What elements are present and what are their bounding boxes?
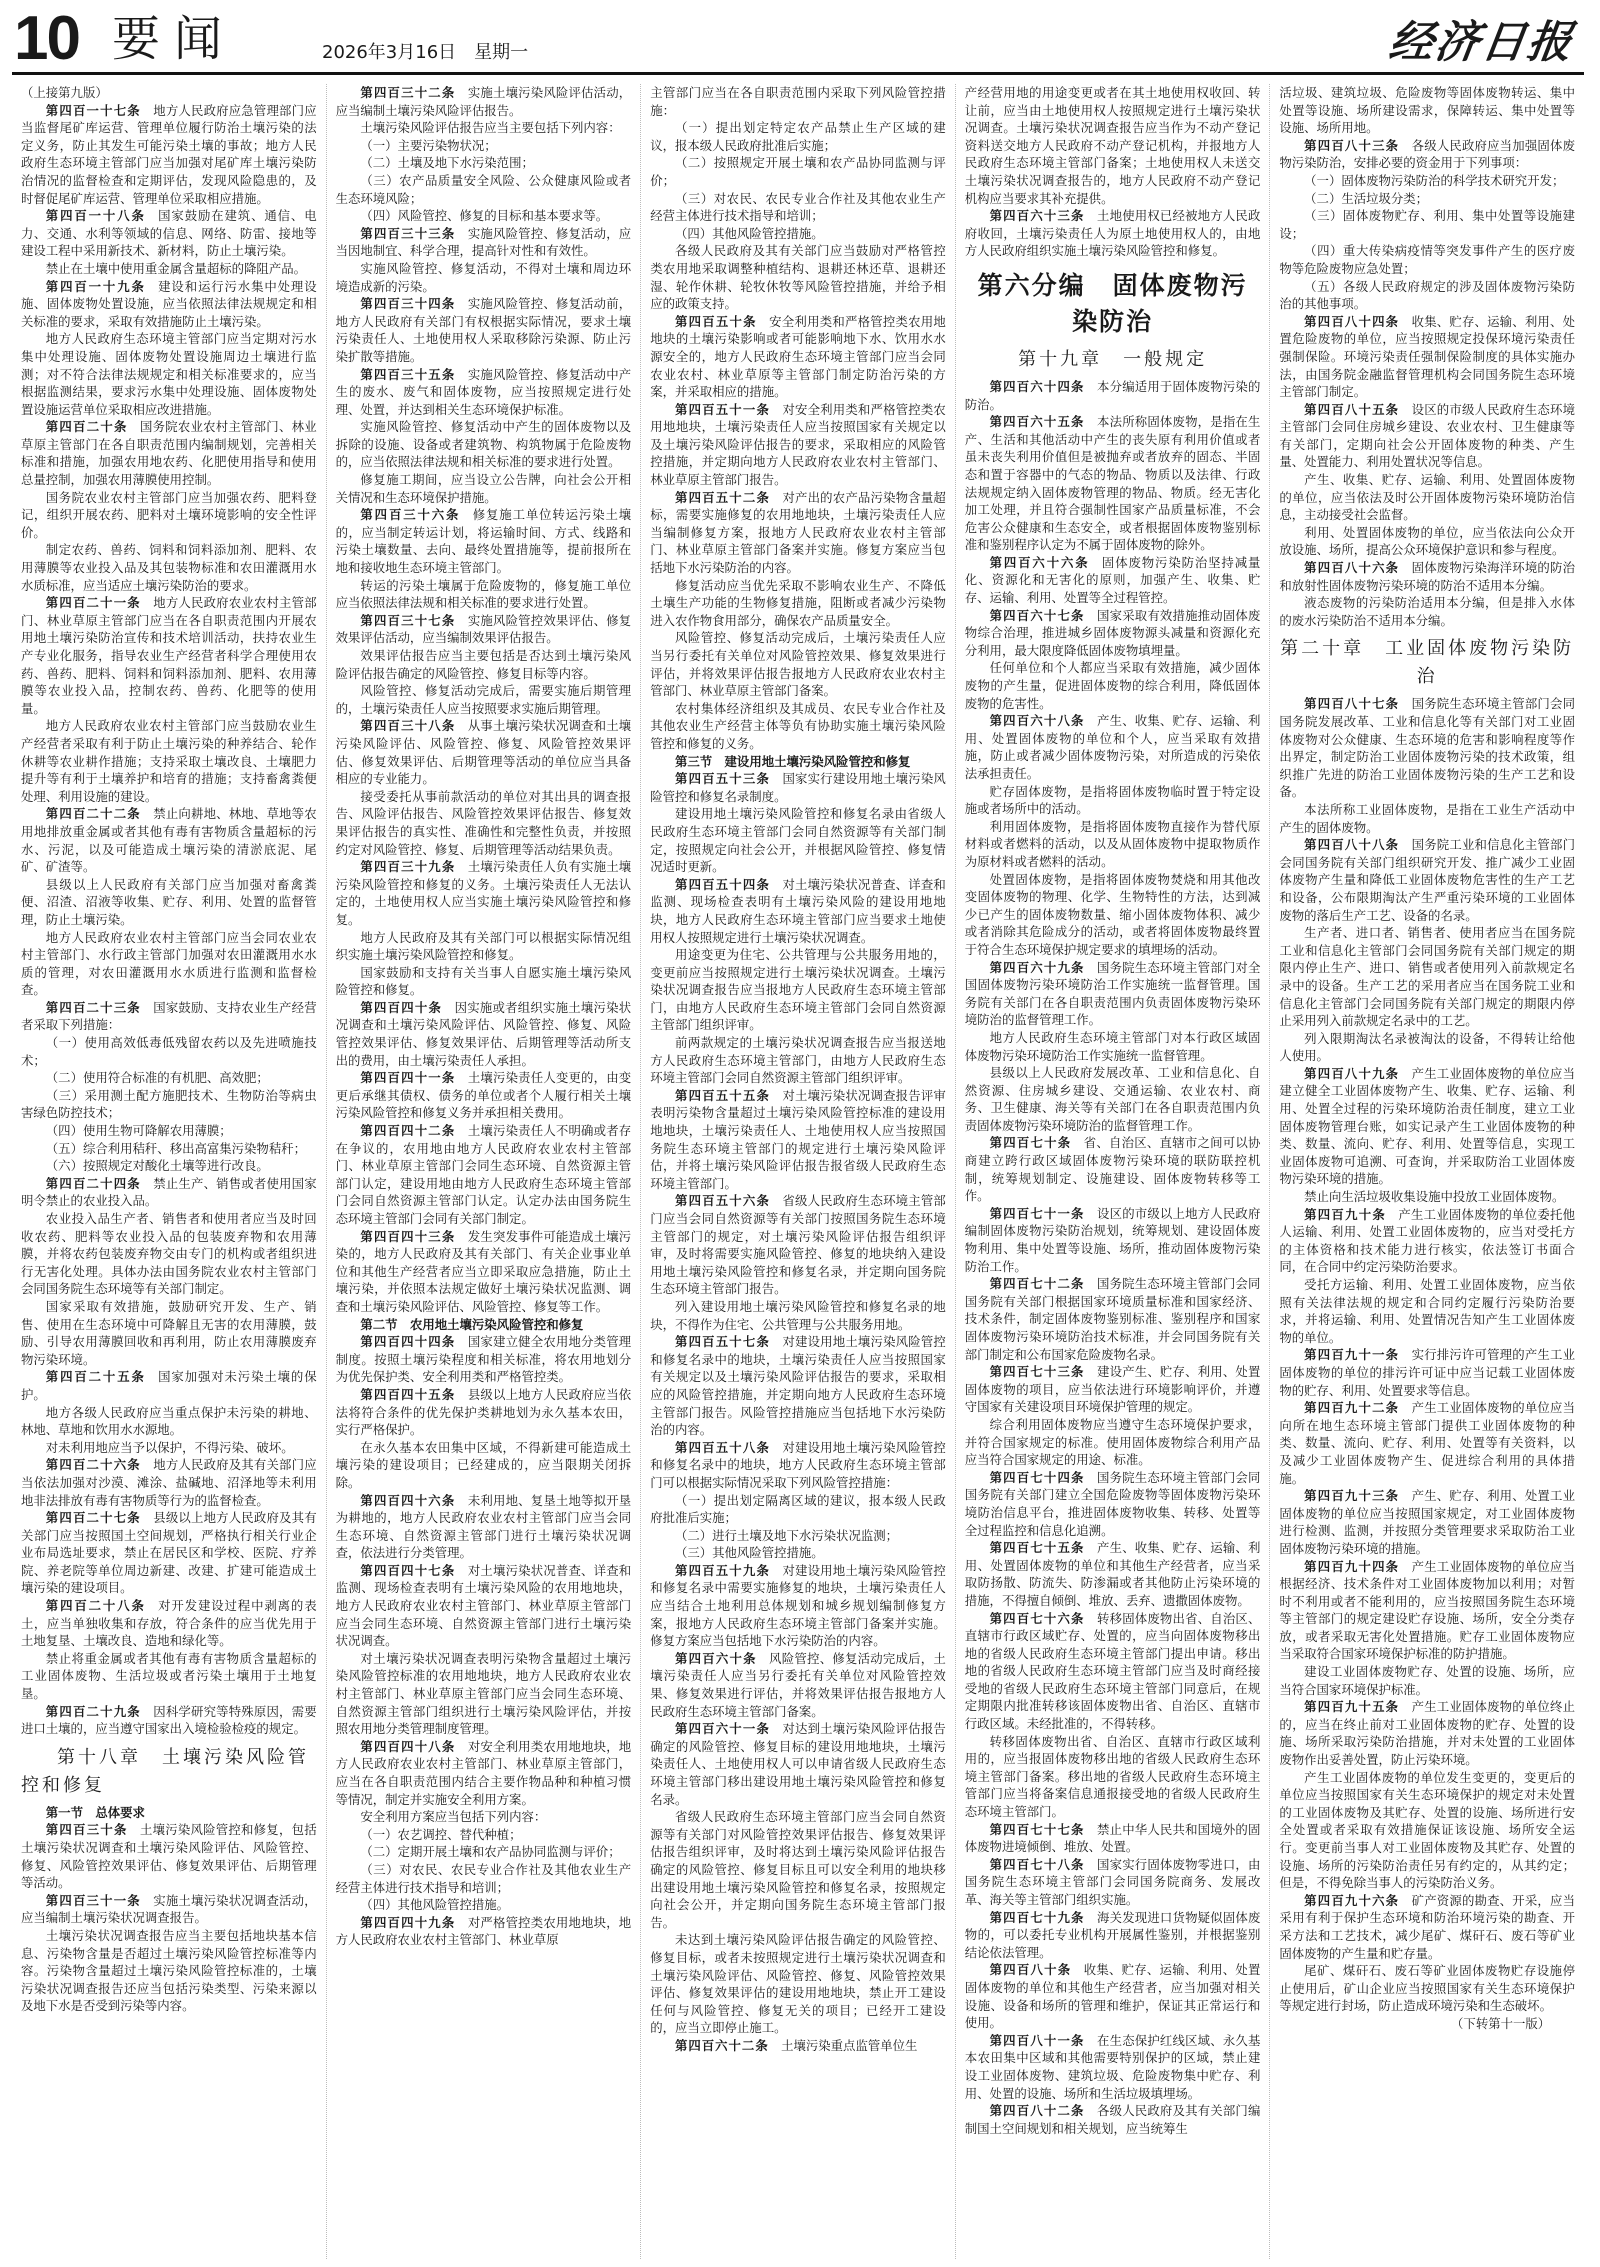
article-paragraph: 第四百二十二条禁止向耕地、林地、草地等农用地排放重金属或者其他有毒有害物质含量超… [21,805,317,875]
article-paragraph: 第四百五十四条对土壤污染状况普查、详查和监测、现场检查表明有土壤污染风险的建设用… [650,876,946,946]
paragraph: 产生工业固体废物的单位发生变更的，变更后的单位应当按照国家有关生态环境保护的规定… [1279,1769,1575,1892]
paragraph: 液态废物的污染防治适用本分编，但是排入水体的废水污染防治不适用本分编。 [1279,594,1575,629]
article-number: 第四百四十七条 [360,1563,455,1578]
article-paragraph: 第四百九十四条产生工业固体废物的单位应当根据经济、技术条件对工业固体废物加以利用… [1279,1558,1575,1664]
article-paragraph: 第四百八十七条国务院生态环境主管部门会同国务院发展改革、工业和信息化等有关部门对… [1279,695,1575,801]
article-number: 第四百二十条 [46,419,128,434]
article-paragraph: 第四百九十六条矿产资源的勘查、开采，应当采用有利于保护生态环境和防治环境污染的勘… [1279,1892,1575,1962]
article-text: 本法所称固体废物，是指在生产、生活和其他活动中产生的丧失原有利用价值或者虽未丧失… [965,414,1261,552]
paragraph: （三）对农民、农民专业合作社及其他农业生产经营主体进行技术指导和培训； [650,190,946,225]
paragraph: （一）使用高效低毒低残留农药以及先进喷施技术； [21,1034,317,1069]
paragraph: 贮存固体废物，是指将固体废物临时置于特定设施或者场所中的活动。 [965,783,1261,818]
article-number: 第四百六十一条 [675,1721,770,1736]
article-text: 地方人民政府应急管理部门应当监督尾矿库运营、管理单位履行防治土壤污染的法定义务，… [21,103,317,206]
article-number: 第四百六十二条 [675,2038,769,2053]
article-number: 第四百五十九条 [675,1563,770,1578]
paragraph: 对土壤污染状况调查表明污染物含量超过土壤污染风险管控标准的农用地地块，地方人民政… [336,1650,632,1738]
article-number: 第四百六十九条 [990,960,1085,975]
article-paragraph: 第四百五十三条国家实行建设用地土壤污染风险管控和修复名录制度。 [650,770,946,805]
article-paragraph: 第四百三十五条实施风险管控、修复活动中产生的废水、废气和固体废物，应当按照规定进… [336,366,632,419]
article-paragraph: 第四百七十八条国家实行固体废物零进口，由国务院生态环境主管部门会同国务院商务、发… [965,1856,1261,1909]
article-number: 第四百七十二条 [990,1276,1085,1291]
article-paragraph: 第四百六十八条产生、收集、贮存、运输、利用、处置固体废物的单位和个人，应当采取有… [965,712,1261,782]
article-paragraph: 第四百二十一条地方人民政府农业农村主管部门、林业草原主管部门应当在各自职责范围内… [21,594,317,717]
article-text: 省级人民政府生态环境主管部门应当会同自然资源等有关部门按照国务院生态环境主管部门… [650,1193,946,1296]
paragraph: （四）重大传染病疫情等突发事件产生的医疗废物等危险废物应急处置； [1279,242,1575,277]
article-number: 第四百六十四条 [990,379,1085,394]
article-number: 第四百七十七条 [990,1822,1085,1837]
article-text: 对土壤污染状况调查报告评审表明污染物含量超过土壤污染风险管控标准的建设用地地块，… [650,1088,946,1191]
paragraph: 主管部门应当在各自职责范围内采取下列风险管控措施： [650,84,946,119]
article-number: 第四百九十六条 [1304,1893,1399,1908]
paragraph: 前两款规定的土壤污染状况调查报告应当报送地方人民政府生态环境主管部门，由地方人民… [650,1034,946,1087]
paragraph: 各级人民政府及其有关部门应当鼓励对严格管控类农用地采取调整种植结构、退耕还林还草… [650,242,946,312]
paragraph: 活垃圾、建筑垃圾、危险废物等固体废物转运、集中处置等设施、场所建设需求，保障转运… [1279,84,1575,137]
article-paragraph: 第四百六十五条本法所称固体废物，是指在生产、生活和其他活动中产生的丧失原有利用价… [965,413,1261,554]
article-paragraph: 第四百七十七条禁止中华人民共和国境外的固体废物进境倾倒、堆放、处置。 [965,1821,1261,1856]
article-paragraph: 第四百三十一条实施土壤污染状况调查活动，应当编制土壤污染状况调查报告。 [21,1892,317,1927]
paragraph: （四）使用生物可降解农用薄膜； [21,1122,317,1140]
article-paragraph: 第四百九十二条产生工业固体废物的单位应当向所在地生态环境主管部门提供工业固体废物… [1279,1399,1575,1487]
article-number: 第四百二十三条 [46,1000,141,1015]
paragraph: 综合利用固体废物应当遵守生态环境保护要求，并符合国家规定的标准。使用固体废物综合… [965,1416,1261,1469]
article-paragraph: 第四百六十四条本分编适用于固体废物污染的防治。 [965,378,1261,413]
article-number: 第四百九十五条 [1304,1699,1399,1714]
article-number: 第四百四十二条 [360,1123,455,1138]
article-number: 第四百八十八条 [1304,837,1399,852]
paragraph: （四）其他风险管控措施。 [650,225,946,243]
article-text: 产生工业固体废物的单位应当建立健全工业固体废物产生、收集、贮存、运输、利用、处置… [1279,1066,1575,1187]
article-number: 第四百三十七条 [360,613,455,628]
paragraph: 地方人民政府生态环境主管部门对本行政区域固体废物污染环境防治工作实施统一监督管理… [965,1029,1261,1064]
paragraph: （三）其他风险管控措施。 [650,1544,946,1562]
paragraph: 尾矿、煤矸石、废石等矿业固体废物贮存设施停止使用后，矿山企业应当按照国家有关生态… [1279,1962,1575,2015]
article-paragraph: 第四百四十七条对土壤污染状况普查、详查和监测、现场检查表明有土壤污染风险的农用地… [336,1562,632,1650]
article-paragraph: 第四百八十一条在生态保护红线区域、永久基本农田集中区域和其他需要特别保护的区域，… [965,2032,1261,2102]
article-number: 第四百二十五条 [46,1369,146,1384]
article-number: 第四百五十六条 [675,1193,770,1208]
article-number: 第四百七十四条 [990,1470,1085,1485]
article-paragraph: 第四百二十三条国家鼓励、支持农业生产经营者采取下列措施： [21,999,317,1034]
article-number: 第四百三十二条 [360,85,455,100]
article-paragraph: 第四百六十六条固体废物污染防治坚持减量化、资源化和无害化的原则，加强产生、收集、… [965,554,1261,607]
paragraph: 地方人民政府及其有关部门可以根据实际情况组织实施土壤污染风险管控和修复。 [336,929,632,964]
paragraph: 省级人民政府生态环境主管部门应当会同自然资源等有关部门对风险管控效果评估报告、修… [650,1808,946,1931]
article-paragraph: 第四百八十六条固体废物污染海洋环境的防治和放射性固体废物污染环境的防治不适用本分… [1279,559,1575,594]
paragraph: （四）风险管控、修复的目标和基本要求等。 [336,207,632,225]
column-3: 主管部门应当在各自职责范围内采取下列风险管控措施：（一）提出划定特定农产品禁止生… [641,84,956,2259]
article-paragraph: 第四百七十条省、自治区、直辖市之间可以协商建立跨行政区域固体废物污染环境的联防联… [965,1134,1261,1204]
section-heading: 第三节 建设用地土壤污染风险管控和修复 [650,753,946,771]
article-paragraph: 第四百八十五条设区的市级人民政府生态环境主管部门会同住房城乡建设、农业农村、卫生… [1279,401,1575,471]
paragraph: 国家鼓励和支持有关当事人自愿实施土壤污染风险管控和修复。 [336,964,632,999]
article-number: 第四百五十一条 [675,402,770,417]
article-number: 第四百七十一条 [990,1206,1085,1221]
paragraph: 国家采取有效措施，鼓励研究开发、生产、销售、使用在生态环境中可降解且无害的农用薄… [21,1298,317,1368]
paragraph: 效果评估报告应当主要包括是否达到土壤污染风险评估报告确定的风险管控、修复目标等内… [336,647,632,682]
article-number: 第四百九十三条 [1304,1488,1399,1503]
article-number: 第四百一十八条 [46,208,146,223]
page-number: 10 [14,6,79,72]
paragraph: 风险管控、修复活动完成后，土壤污染责任人应当另行委托有关单位对风险管控效果、修复… [650,629,946,699]
paragraph: 用途变更为住宅、公共管理与公共服务用地的，变更前应当按照规定进行土壤污染状况调查… [650,946,946,1034]
article-number: 第四百三十条 [46,1822,128,1837]
article-number: 第四百三十五条 [360,367,455,382]
paragraph: 实施风险管控、修复活动中产生的固体废物以及拆除的设施、设备或者建筑物、构筑物属于… [336,418,632,471]
article-number: 第四百九十四条 [1304,1559,1399,1574]
article-paragraph: 第四百七十二条国务院生态环境主管部门会同国务院有关部门根据国家环境质量标准和国家… [965,1275,1261,1363]
continued-from-note: （上接第九版） [21,84,317,102]
article-paragraph: 第四百四十四条国家建立健全农用地分类管理制度。按照土壤污染程度和相关标准，将农用… [336,1333,632,1386]
column-2: 第四百三十二条实施土壤污染风险评估活动，应当编制土壤污染风险评估报告。土壤污染风… [327,84,642,2259]
column-1: （上接第九版）第四百一十七条地方人民政府应急管理部门应当监督尾矿库运营、管理单位… [12,84,327,2259]
article-paragraph: 第四百八十二条各级人民政府及其有关部门编制国土空间规划和相关规划，应当统筹生 [965,2102,1261,2137]
article-paragraph: 第四百二十条国务院农业农村主管部门、林业草原主管部门在各自职责范围内编制规划，完… [21,418,317,488]
article-number: 第四百三十一条 [46,1893,141,1908]
article-paragraph: 第四百一十七条地方人民政府应急管理部门应当监督尾矿库运营、管理单位履行防治土壤污… [21,102,317,208]
paragraph: 地方人民政府农业农村主管部门应当鼓励农业生产经营者采取有利于防止土壤污染的种养结… [21,717,317,805]
paragraph: 利用、处置固体废物的单位，应当依法向公众开放设施、场所，提高公众环境保护意识和参… [1279,524,1575,559]
article-number: 第四百二十二条 [46,806,141,821]
article-number: 第四百五十四条 [675,877,770,892]
article-number: 第四百一十九条 [46,279,146,294]
article-number: 第四百五十条 [675,314,757,329]
article-paragraph: 第四百四十五条县级以上地方人民政府应当依法将符合条件的优先保护类耕地划为永久基本… [336,1386,632,1439]
article-text: 地方人民政府农业农村主管部门、林业草原主管部门应当在各自职责范围内开展农用地土壤… [21,595,317,716]
paragraph: （一）农艺调控、替代种植； [336,1826,632,1844]
section-heading: 第二节 农用地土壤污染风险管控和修复 [336,1316,632,1334]
paragraph: （一）主要污染物状况； [336,137,632,155]
paragraph: 土壤污染状况调查报告应当主要包括地块基本信息、污染物含量是否超过土壤污染风险管控… [21,1927,317,2015]
paragraph: 未达到土壤污染风险评估报告确定的风险管控、修复目标，或者未按照规定进行土壤污染状… [650,1931,946,2037]
article-number: 第四百八十六条 [1304,560,1399,575]
article-number: 第四百七十八条 [990,1857,1085,1872]
article-paragraph: 第四百六十九条国务院生态环境主管部门对全国固体废物污染环境防治工作实施统一监督管… [965,959,1261,1029]
article-paragraph: 第四百七十九条海关发现进口货物疑似固体废物的，可以委托专业机构开展属性鉴别，并根… [965,1909,1261,1962]
article-paragraph: 第四百五十五条对土壤污染状况调查报告评审表明污染物含量超过土壤污染风险管控标准的… [650,1087,946,1193]
article-paragraph: 第四百八十四条收集、贮存、运输、利用、处置危险废物的单位，应当按照规定投保环境污… [1279,313,1575,401]
article-number: 第四百四十三条 [360,1229,455,1244]
paragraph: 建设工业固体废物贮存、处置的设施、场所，应当符合国家环境保护标准。 [1279,1663,1575,1698]
article-number: 第四百六十六条 [990,555,1090,570]
paragraph: 禁止在土壤中使用重金属含量超标的降阻产品。 [21,260,317,278]
article-paragraph: 第四百四十一条土壤污染责任人变更的，由变更后承继其债权、债务的单位或者个人履行相… [336,1069,632,1122]
paragraph: （二）进行土壤及地下水污染状况监测； [650,1527,946,1545]
paragraph: 接受委托从事前款活动的单位对其出具的调查报告、风险评估报告、风险管控效果评估报告… [336,788,632,858]
article-number: 第四百七十九条 [990,1910,1085,1925]
article-paragraph: 第四百八十八条国务院工业和信息化主管部门会同国务院有关部门组织研究开发、推广减少… [1279,836,1575,924]
article-number: 第四百七十五条 [990,1540,1085,1555]
article-number: 第四百五十二条 [675,490,770,505]
paragraph: （一）提出划定特定农产品禁止生产区域的建议，报本级人民政府批准后实施； [650,119,946,154]
section-title: 要闻 [112,8,236,70]
article-paragraph: 第四百二十六条地方人民政府及其有关部门应当依法加强对沙漠、滩涂、盐碱地、沼泽地等… [21,1456,317,1509]
article-number: 第四百四十五条 [360,1387,455,1402]
paragraph: （三）采用测土配方施肥技术、生物防治等病虫害绿色防控技术； [21,1087,317,1122]
chapter-heading: 第二十章 工业固体废物污染防治 [1279,635,1575,691]
article-paragraph: 第四百五十七条对建设用地土壤污染风险管控和修复名录中的地块，土壤污染责任人应当按… [650,1333,946,1439]
paragraph: 受托方运输、利用、处置工业固体废物，应当依照有关法律法规的规定和合同约定履行污染… [1279,1276,1575,1346]
article-paragraph: 第四百八十九条产生工业固体废物的单位应当建立健全工业固体废物产生、收集、贮存、运… [1279,1065,1575,1188]
article-paragraph: 第四百七十三条建设产生、贮存、利用、处置固体废物的项目，应当依法进行环境影响评价… [965,1363,1261,1416]
article-paragraph: 第四百四十六条未利用地、复垦土地等拟开垦为耕地的，地方人民政府农业农村主管部门应… [336,1492,632,1562]
article-paragraph: 第四百六十条风险管控、修复活动完成后，土壤污染责任人应当另行委托有关单位对风险管… [650,1650,946,1720]
article-number: 第四百九十条 [1304,1207,1386,1222]
article-text: 转移固体废物出省、自治区、直辖市行政区域贮存、处置的，应当向固体废物移出地的省级… [965,1611,1261,1732]
article-paragraph: 第四百七十一条设区的市级以上地方人民政府编制固体废物污染防治规划，统筹规划、建设… [965,1205,1261,1275]
article-number: 第四百二十一条 [46,595,141,610]
article-paragraph: 第四百二十八条对开发建设过程中剥离的表土，应当单独收集和存放，符合条件的应当优先… [21,1597,317,1650]
article-paragraph: 第四百六十二条土壤污染重点监管单位生 [650,2037,946,2055]
paragraph: 地方各级人民政府应当重点保护未污染的耕地、林地、草地和饮用水水源地。 [21,1404,317,1439]
paragraph: （五）综合利用秸秆、移出高富集污染物秸秆； [21,1140,317,1158]
article-text: 国务院生态环境主管部门会同国务院发展改革、工业和信息化等有关部门对工业固体废物对… [1279,696,1575,799]
article-number: 第四百七十条 [990,1135,1072,1150]
paragraph: 对未利用地应当予以保护，不得污染、破坏。 [21,1439,317,1457]
chapter-heading: 第十九章 一般规定 [965,346,1261,374]
paragraph: （四）其他风险管控措施。 [336,1896,632,1914]
article-number: 第四百二十九条 [46,1704,141,1719]
paragraph: 安全利用方案应当包括下列内容： [336,1808,632,1826]
article-paragraph: 第四百三十四条实施风险管控、修复活动前，地方人民政府有关部门有权根据实际情况，要… [336,295,632,365]
article-number: 第四百七十三条 [990,1364,1085,1379]
paragraph: （二）生活垃圾分类； [1279,190,1575,208]
article-number: 第四百六十条 [675,1651,757,1666]
paragraph: （五）各级人民政府规定的涉及固体废物污染防治的其他事项。 [1279,278,1575,313]
paragraph: 任何单位和个人都应当采取有效措施，减少固体废物的产生量，促进固体废物的综合利用，… [965,659,1261,712]
column-5: 活垃圾、建筑垃圾、危险废物等固体废物转运、集中处置等设施、场所建设需求，保障转运… [1270,84,1584,2259]
paragraph: 禁止向生活垃圾收集设施中投放工业固体废物。 [1279,1188,1575,1206]
article-number: 第四百三十四条 [360,296,455,311]
article-number: 第四百二十六条 [46,1457,141,1472]
paragraph: 地方人民政府农业农村主管部门应当会同农业农村主管部门、水行政主管部门加强对农田灌… [21,929,317,999]
paragraph: 产生、收集、贮存、运输、利用、处置固体废物的单位，应当依法及时公开固体废物污染环… [1279,471,1575,524]
article-number: 第四百二十八条 [46,1598,146,1613]
article-number: 第四百八十三条 [1304,138,1399,153]
article-number: 第四百四十六条 [360,1493,455,1508]
paragraph: 转移固体废物出省、自治区、直辖市行政区域利用的，应当报固体废物移出地的省级人民政… [965,1733,1261,1821]
article-number: 第四百六十八条 [990,713,1085,728]
paragraph: 在永久基本农田集中区域，不得新建可能造成土壤污染的建设项目；已经建成的，应当限期… [336,1439,632,1492]
article-paragraph: 第四百九十三条产生、贮存、利用、处置工业固体废物的单位应当按照国家规定，对工业固… [1279,1487,1575,1557]
article-number: 第四百八十条 [990,1962,1072,1977]
paragraph: （六）按照规定对酸化土壤等进行改良。 [21,1157,317,1175]
article-number: 第四百九十二条 [1304,1400,1399,1415]
paragraph: 转运的污染土壤属于危险废物的，修复施工单位应当依照法律法规和相关标准的要求进行处… [336,577,632,612]
paragraph: 农业投入品生产者、销售者和使用者应当及时回收农药、肥料等农业投入品的包装废弃物和… [21,1210,317,1298]
article-paragraph: 第四百六十三条土地使用权已经被地方人民政府收回，土壤污染责任人为原土地使用权人的… [965,207,1261,260]
newspaper-logo: 经济日报 [1386,6,1579,70]
paragraph: （二）定期开展土壤和农产品协同监测与评价； [336,1843,632,1861]
article-paragraph: 第四百八十条收集、贮存、运输、利用、处置固体废物的单位和其他生产经营者，应当加强… [965,1961,1261,2031]
paragraph: 本法所称工业固体废物，是指在工业生产活动中产生的固体废物。 [1279,801,1575,836]
article-number: 第四百八十二条 [990,2103,1085,2118]
masthead: 10 要闻 2026年3月16日 星期一 经济日报 [12,0,1584,75]
article-paragraph: 第四百三十七条实施风险管控效果评估、修复效果评估活动，应当编制效果评估报告。 [336,612,632,647]
column-4: 产经营用地的用途变更或者在其土地使用权收回、转让前，应当由土地使用权人按照规定进… [956,84,1271,2259]
article-number: 第四百九十一条 [1304,1347,1399,1362]
article-paragraph: 第四百五十六条省级人民政府生态环境主管部门应当会同自然资源等有关部门按照国务院生… [650,1192,946,1298]
paragraph: 县级以上人民政府有关部门应当加强对畜禽粪便、沼渣、沼液等收集、贮存、利用、处置的… [21,876,317,929]
paragraph: 建设用地土壤污染风险管控和修复名录由省级人民政府生态环境主管部门会同自然资源等有… [650,805,946,875]
article-number: 第四百八十七条 [1304,696,1399,711]
article-number: 第四百六十七条 [990,608,1085,623]
article-number: 第四百三十八条 [360,718,455,733]
paragraph: 风险管控、修复活动完成后，需要实施后期管理的，土壤污染责任人应当按照要求实施后期… [336,682,632,717]
article-number: 第四百四十一条 [360,1070,455,1085]
section-heading: 第一节 总体要求 [21,1804,317,1822]
paragraph: 制定农药、兽药、饲料和饲料添加剂、肥料、农用薄膜等农业投入品及其包装物标准和农田… [21,541,317,594]
paragraph: （二）按照规定开展土壤和农产品协同监测与评价； [650,154,946,189]
article-number: 第四百六十五条 [990,414,1085,429]
article-number: 第四百三十九条 [360,859,455,874]
chapter-heading: 第十八章 土壤污染风险管控和修复 [21,1744,317,1800]
article-number: 第四百五十七条 [675,1334,770,1349]
paragraph: 产经营用地的用途变更或者在其土地使用权收回、转让前，应当由土地使用权人按照规定进… [965,84,1261,207]
article-text: 对建设用地土壤污染风险管控和修复名录中的地块，土壤污染责任人应当按照国家有关规定… [650,1334,946,1437]
article-paragraph: 第四百五十九条对建设用地土壤污染风险管控和修复名录中需要实施修复的地块，土壤污染… [650,1562,946,1650]
article-number: 第四百八十一条 [990,2033,1085,2048]
article-paragraph: 第四百二十七条县级以上地方人民政府及其有关部门应当按照国土空间规划，严格执行相关… [21,1509,317,1597]
paragraph: 修复施工期间，应当设立公告牌，向社会公开相关情况和生态环境保护措施。 [336,471,632,506]
article-paragraph: 第四百四十八条对安全利用类农用地地块，地方人民政府农业农村主管部门、林业草原主管… [336,1738,632,1808]
article-text: 土壤污染重点监管单位生 [781,2038,917,2053]
paragraph: 农村集体经济组织及其成员、农民专业合作社及其他农业生产经营主体等负有协助实施土壤… [650,700,946,753]
article-columns: （上接第九版）第四百一十七条地方人民政府应急管理部门应当监督尾矿库运营、管理单位… [12,84,1584,2259]
article-paragraph: 第四百五十八条对建设用地土壤污染风险管控和修复名录中的地块，地方人民政府生态环境… [650,1439,946,1492]
article-paragraph: 第四百五十一条对安全利用类和严格管控类农用地地块，土壤污染责任人应当按照国家有关… [650,401,946,489]
article-paragraph: 第四百三十八条从事土壤污染状况调查和土壤污染风险评估、风险管控、修复、风险管控效… [336,717,632,787]
article-paragraph: 第四百七十五条产生、收集、贮存、运输、利用、处置固体废物的单位和其他生产经营者，… [965,1539,1261,1609]
article-paragraph: 第四百八十三条各级人民政府应当加强固体废物污染防治，安排必要的资金用于下列事项： [1279,137,1575,172]
paragraph: （三）农产品质量安全风险、公众健康风险或者生态环境风险； [336,172,632,207]
article-number: 第四百八十五条 [1304,402,1399,417]
article-paragraph: 第四百三十二条实施土壤污染风险评估活动，应当编制土壤污染风险评估报告。 [336,84,632,119]
article-paragraph: 第四百四十九条对严格管控类农用地地块，地方人民政府农业农村主管部门、林业草原 [336,1914,632,1949]
article-paragraph: 第四百三十九条土壤污染责任人负有实施土壤污染风险管控和修复的义务。土壤污染责任人… [336,858,632,928]
paragraph: 列入建设用地土壤污染风险管控和修复名录的地块，不得作为住宅、公共管理与公共服务用… [650,1298,946,1333]
article-paragraph: 第四百一十九条建设和运行污水集中处理设施、固体废物处置设施，应当依照法律法规规定… [21,278,317,331]
article-number: 第四百六十三条 [990,208,1085,223]
article-number: 第四百七十六条 [990,1611,1085,1626]
article-paragraph: 第四百四十三条发生突发事件可能造成土壤污染的，地方人民政府及其有关部门、有关企业… [336,1228,632,1316]
article-paragraph: 第四百七十四条国务院生态环境主管部门会同国务院有关部门建立全国危险废物等固体废物… [965,1469,1261,1539]
article-paragraph: 第四百五十条安全利用类和严格管控类农用地地块的土壤污染影响或者可能影响地下水、饮… [650,313,946,401]
paragraph: （三）对农民、农民专业合作社及其他农业生产经营主体进行技术指导和培训； [336,1861,632,1896]
paragraph: （二）土壤及地下水污染范围； [336,154,632,172]
article-paragraph: 第四百三十六条修复施工单位转运污染土壤的，应当制定转运计划，将运输时间、方式、线… [336,506,632,576]
paragraph: 修复活动应当优先采取不影响农业生产、不降低土壤生产功能的生物修复措施，阻断或者减… [650,577,946,630]
paragraph: 县级以上人民政府发展改革、工业和信息化、自然资源、住房城乡建设、交通运输、农业农… [965,1064,1261,1134]
article-paragraph: 第四百二十四条禁止生产、销售或者使用国家明令禁止的农业投入品。 [21,1175,317,1210]
paragraph: 土壤污染风险评估报告应当主要包括下列内容： [336,119,632,137]
paragraph: 利用固体废物，是指将固体废物直接作为替代原材料或者燃料的活动，以及从固体废物中提… [965,818,1261,871]
article-number: 第四百四十九条 [360,1915,455,1930]
article-paragraph: 第四百三十三条实施风险管控、修复活动，应当因地制宜、科学合理，提高针对性和有效性… [336,225,632,260]
article-paragraph: 第四百七十六条转移固体废物出省、自治区、直辖市行政区域贮存、处置的，应当向固体废… [965,1610,1261,1733]
article-number: 第四百二十四条 [46,1176,141,1191]
article-number: 第四百四十八条 [360,1739,455,1754]
issue-date: 2026年3月16日 星期一 [322,38,528,64]
paragraph: （二）使用符合标准的有机肥、高效肥； [21,1069,317,1087]
article-number: 第四百五十三条 [675,771,770,786]
paragraph: 国务院农业农村主管部门应当加强农药、肥料登记，组织开展农药、肥料对土壤环境影响的… [21,489,317,542]
article-text: 土壤污染责任人不明确或者存在争议的，农用地由地方人民政府农业农村主管部门、林业草… [336,1123,632,1226]
article-paragraph: 第四百三十条土壤污染风险管控和修复，包括土壤污染状况调查和土壤污染风险评估、风险… [21,1821,317,1891]
article-paragraph: 第四百二十九条因科学研究等特殊原因，需要进口土壤的，应当遵守国家出入境检验检疫的… [21,1703,317,1738]
article-paragraph: 第四百二十五条国家加强对未污染土壤的保护。 [21,1368,317,1403]
article-number: 第四百八十九条 [1304,1066,1399,1081]
article-paragraph: 第四百四十二条土壤污染责任人不明确或者存在争议的，农用地由地方人民政府农业农村主… [336,1122,632,1228]
article-paragraph: 第四百九十条产生工业固体废物的单位委托他人运输、利用、处置工业固体废物的，应当对… [1279,1206,1575,1276]
paragraph: 处置固体废物，是指将固体废物焚烧和用其他改变固体废物的物理、化学、生物特性的方法… [965,871,1261,959]
article-number: 第四百二十七条 [46,1510,141,1525]
paragraph: 生产者、进口者、销售者、使用者应当在国务院工业和信息化主管部门会同国务院有关部门… [1279,924,1575,1030]
paragraph: 列入限期淘汰名录被淘汰的设备，不得转让给他人使用。 [1279,1030,1575,1065]
article-number: 第四百一十七条 [46,103,141,118]
paragraph: （一）提出划定隔离区域的建议，报本级人民政府批准后实施； [650,1492,946,1527]
article-paragraph: 第四百九十一条实行排污许可管理的产生工业固体废物的单位的排污许可证中应当记载工业… [1279,1346,1575,1399]
article-paragraph: 第四百四十条因实施或者组织实施土壤污染状况调查和土壤污染风险评估、风险管控、修复… [336,999,632,1069]
article-paragraph: 第四百五十二条对产出的农产品污染物含量超标，需要实施修复的农用地地块，土壤污染责… [650,489,946,577]
article-paragraph: 第四百六十七条国家采取有效措施推动固体废物综合治理，推进城乡固体废物源头减量和资… [965,607,1261,660]
article-number: 第四百三十六条 [360,507,460,522]
article-number: 第四百五十八条 [675,1440,770,1455]
article-number: 第四百三十三条 [360,226,455,241]
paragraph: （三）固体废物贮存、利用、集中处置等设施建设； [1279,207,1575,242]
article-number: 第四百四十四条 [360,1334,455,1349]
paragraph: 禁止将重金属或者其他有毒有害物质含量超标的工业固体废物、生活垃圾或者污染土壤用于… [21,1650,317,1703]
paragraph: （一）固体废物污染防治的科学技术研究开发； [1279,172,1575,190]
article-number: 第四百八十四条 [1304,314,1399,329]
article-paragraph: 第四百一十八条国家鼓励在建筑、通信、电力、交通、水利等领域的信息、网络、防雷、接… [21,207,317,260]
continued-note: （下转第十一版） [1279,2015,1575,2033]
paragraph: 地方人民政府生态环境主管部门应当定期对污水集中处理设施、固体废物处置设施周边土壤… [21,330,317,418]
article-number: 第四百四十条 [360,1000,442,1015]
part-heading: 第六分编 固体废物污染防治 [965,268,1261,340]
paragraph: 实施风险管控、修复活动，不得对土壤和周边环境造成新的污染。 [336,260,632,295]
article-paragraph: 第四百九十五条产生工业固体废物的单位终止的，应当在终止前对工业固体废物的贮存、处… [1279,1698,1575,1768]
article-paragraph: 第四百六十一条对达到土壤污染风险评估报告确定的风险管控、修复目标的建设用地地块，… [650,1720,946,1808]
article-number: 第四百五十五条 [675,1088,770,1103]
